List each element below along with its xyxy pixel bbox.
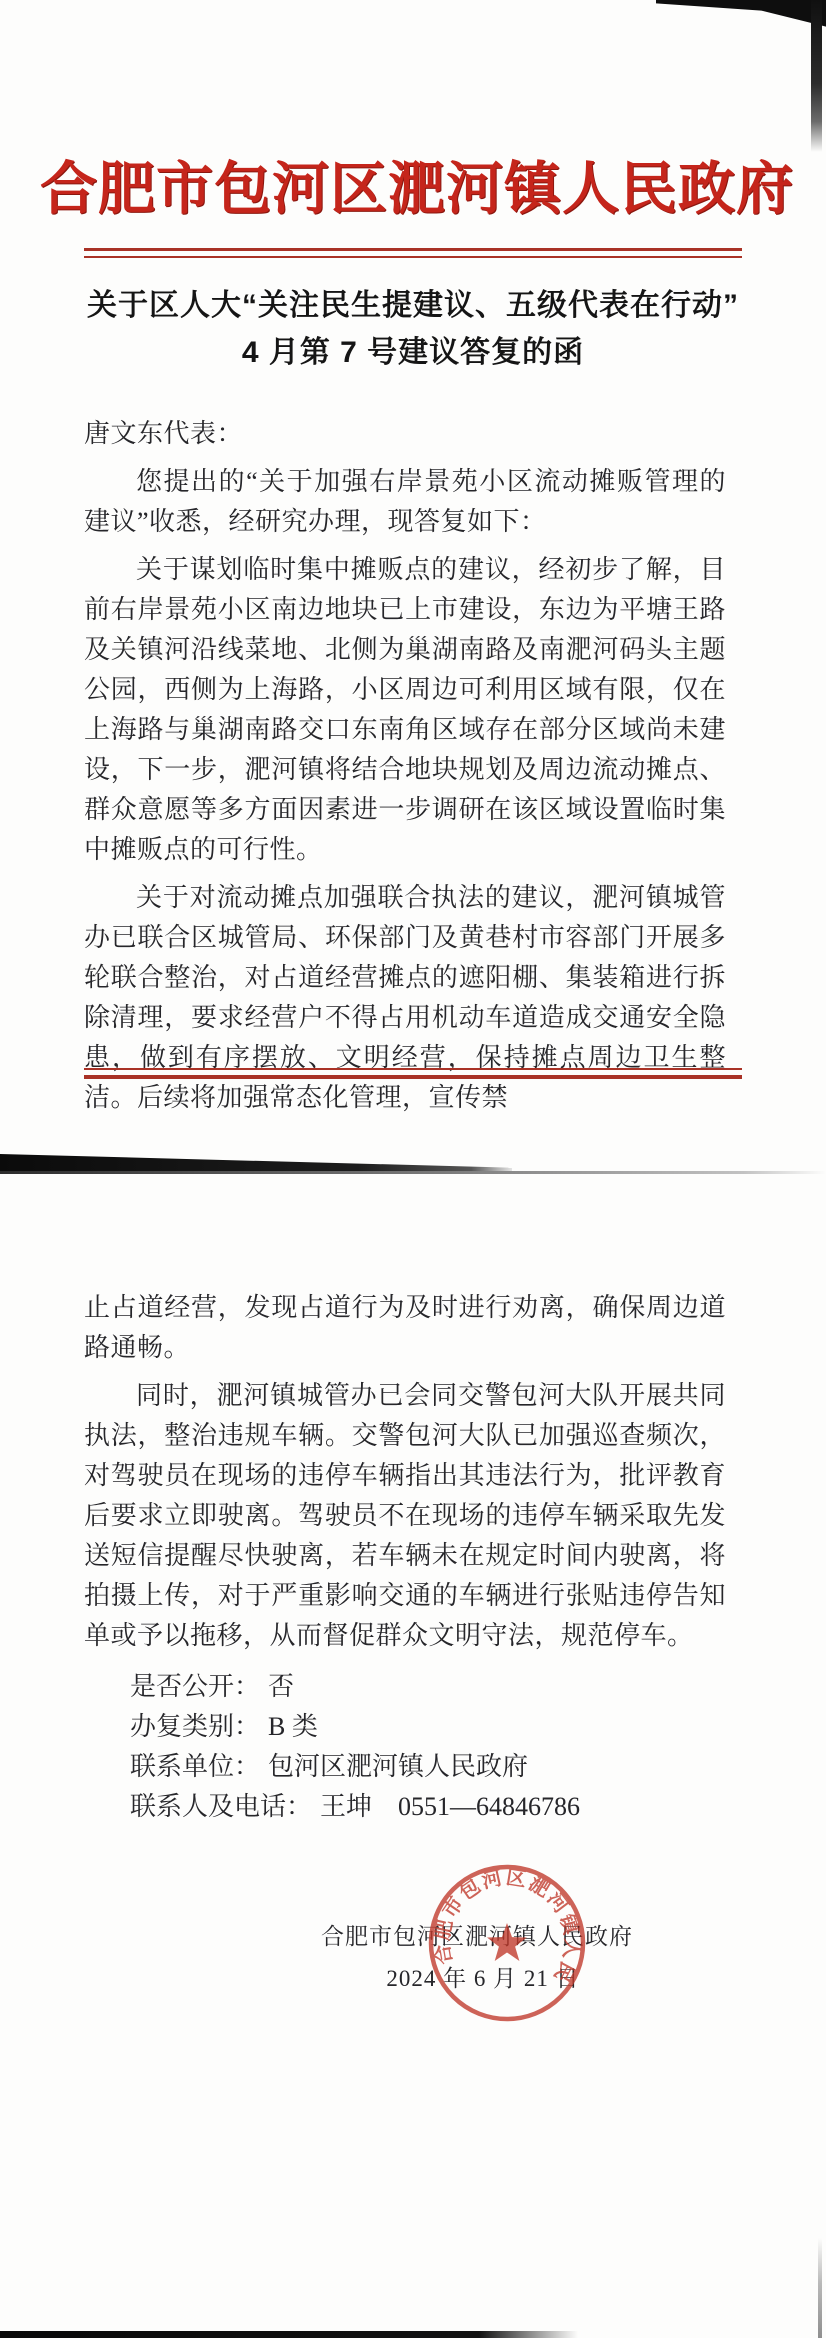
body-text-page-1: 唐文东代表： 您提出的“关于加强右岸景苑小区流动摊贩管理的建议”收悉，经研究办理… (84, 414, 726, 1126)
paragraph-enforcement-continued: 止占道经营，发现占道行为及时进行劝离，确保周边道路通畅。 (84, 1288, 726, 1368)
meta-label: 联系人及电话： (130, 1792, 312, 1821)
meta-list: 是否公开：否 办复类别：B 类 联系单位：包河区淝河镇人民政府 联系人及电话：王… (130, 1674, 690, 1834)
document-title-line-1: 关于区人大“关注民生提建议、五级代表在行动” (40, 282, 786, 329)
meta-label: 办复类别： (130, 1712, 260, 1741)
page-break-edge-line (0, 1171, 826, 1174)
page1-footer-rule-top (84, 1068, 742, 1070)
scan-artifact-bottom-edge (0, 2331, 826, 2338)
body-text-page-2: 止占道经营，发现占道行为及时进行劝离，确保周边道路通畅。 同时，淝河镇城管办已会… (84, 1288, 726, 1664)
paragraph-stall-plan: 关于谋划临时集中摊贩点的建议，经初步了解，目前右岸景苑小区南边地块已上市建设，东… (84, 550, 726, 870)
letterhead-title: 合肥市包河区淝河镇人民政府 (40, 142, 786, 238)
scan-artifact-right-edge-lower (818, 2238, 822, 2338)
meta-value: B 类 (268, 1712, 318, 1741)
letterhead-rule-top (84, 248, 742, 251)
paragraph-intro: 您提出的“关于加强右岸景苑小区流动摊贩管理的建议”收悉，经研究办理，现答复如下： (84, 462, 726, 542)
meta-row-public: 是否公开：否 (130, 1674, 690, 1700)
scan-artifact-top-right (656, 0, 826, 28)
meta-label: 联系单位： (130, 1752, 260, 1781)
scanned-letter: 合肥市包河区淝河镇人民政府 关于区人大“关注民生提建议、五级代表在行动” 4 月… (0, 0, 826, 2338)
meta-value: 包河区淝河镇人民政府 (268, 1752, 528, 1781)
document-title: 关于区人大“关注民生提建议、五级代表在行动” 4 月第 7 号建议答复的函 (40, 282, 786, 376)
meta-row-unit: 联系单位：包河区淝河镇人民政府 (130, 1754, 690, 1780)
document-title-line-2: 4 月第 7 号建议答复的函 (40, 329, 786, 376)
meta-value: 否 (268, 1672, 294, 1701)
seal-arc-text: 合肥市包河区淝河镇人民政府 (422, 1858, 584, 1988)
salutation: 唐文东代表： (84, 414, 726, 454)
paragraph-traffic: 同时，淝河镇城管办已会同交警包河大队开展共同执法，整治违规车辆。交警包河大队已加… (84, 1376, 726, 1656)
paragraph-joint-enforcement: 关于对流动摊点加强联合执法的建议，淝河镇城管办已联合区城管局、环保部门及黄巷村市… (84, 878, 726, 1118)
svg-text:合肥市包河区淝河镇人民政府: 合肥市包河区淝河镇人民政府 (422, 1858, 584, 1988)
letterhead-rule-bottom (84, 256, 742, 258)
scan-artifact-right-edge (811, 0, 822, 152)
page1-footer-rule-bottom (84, 1075, 742, 1079)
meta-label: 是否公开： (130, 1672, 260, 1701)
meta-row-category: 办复类别：B 类 (130, 1714, 690, 1740)
official-seal: 合肥市包河区淝河镇人民政府 (422, 1858, 592, 2028)
meta-value: 王坤 0551—64846786 (320, 1792, 580, 1821)
seal-star (487, 1923, 527, 1961)
meta-row-contact: 联系人及电话：王坤 0551—64846786 (130, 1794, 690, 1820)
